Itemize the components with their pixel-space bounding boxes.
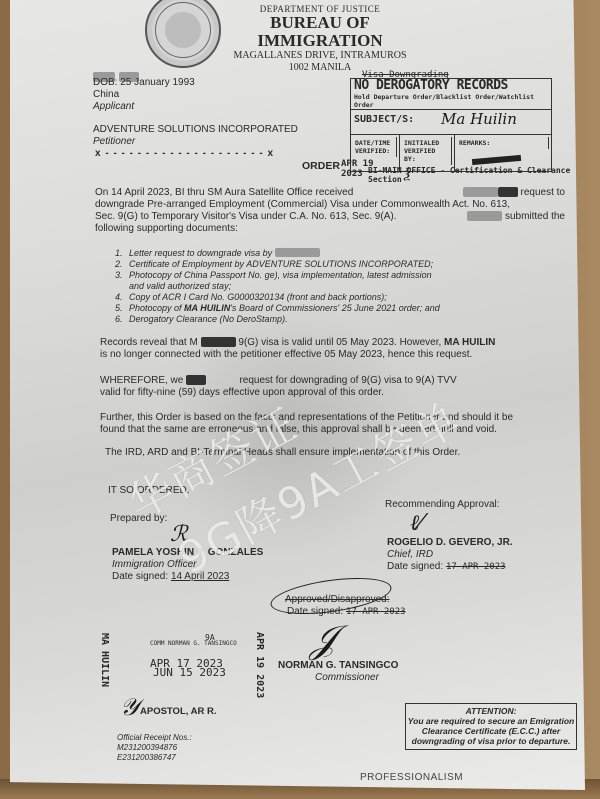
para2-text: 9(G) visa is valid until 05 May 2023. Ho…	[238, 337, 441, 348]
attention-box: ATTENTION: You are required to secure an…	[405, 703, 577, 750]
list-text: Derogatory Clearance (No DeroStamp).	[129, 314, 288, 325]
recommender-date: Date signed: 17 APR 2023	[387, 561, 506, 573]
applicant-label: Applicant	[93, 101, 134, 113]
list-text: Copy of ACR I Card No. G0000320134 (fron…	[129, 292, 387, 303]
list-text: Certificate of Employment by ADVENTURE S…	[129, 259, 433, 270]
para2-text: is no longer connected with the petition…	[100, 349, 560, 361]
vertical-date-stamp: APR 19 2023	[254, 632, 265, 698]
list-number	[115, 281, 129, 292]
applicant-name: MA HUILIN	[184, 303, 230, 313]
list-item: 5.Photocopy of MA HUILIN's Board of Comm…	[115, 303, 545, 314]
receipt-block: Official Receipt Nos.: M231200394876 E23…	[117, 733, 192, 763]
stamp-title: NO DEROGATORY RECORDS	[351, 79, 551, 93]
redaction	[186, 375, 206, 385]
bureau-name: BUREAU OF IMMIGRATION	[215, 14, 425, 50]
para3-text: request for downgrading of 9(G) visa to …	[239, 375, 456, 386]
list-number: 5.	[115, 303, 129, 314]
para3-text: WHEREFORE, we	[100, 375, 183, 386]
recommending-approval-label: Recommending Approval:	[385, 499, 500, 511]
redaction	[275, 248, 320, 257]
date-value: 17 APR 2023	[446, 562, 506, 572]
list-text: 's Board of Commissioners' 25 June 2021 …	[230, 303, 440, 313]
recommender-name: ROGELIO D. GEVERO, JR.	[387, 537, 513, 549]
redaction	[201, 337, 236, 347]
redaction	[463, 187, 498, 197]
stamp-date-label: DATE/TIME VERIFIED:	[353, 137, 397, 157]
date-label: Date signed:	[387, 561, 443, 572]
date-value: 17 APR 2023	[346, 607, 406, 617]
list-text: Photocopy of	[129, 303, 184, 313]
paragraph-request: On 14 April 2023, BI thru SM Aura Satell…	[95, 187, 565, 235]
date-label: Date signed:	[287, 606, 343, 617]
stamp-date-jun: JUN 15 2023	[153, 666, 226, 679]
para4-text: found that the same are erroneous and fa…	[100, 424, 570, 436]
recommender-signature: ℓ⁄	[410, 510, 423, 536]
list-item: 1.Letter request to downgrade visa by	[115, 248, 545, 259]
redaction	[467, 211, 502, 221]
applicant-nationality: China	[93, 89, 119, 101]
stamp-subject-signature: Ma Huilin	[441, 110, 517, 128]
list-number: 2.	[115, 259, 129, 270]
approval-date: Date signed: 17 APR 2023	[287, 606, 406, 618]
list-item: 3.Photocopy of China Passport No. ge), v…	[115, 270, 545, 281]
para1-line3: Sec. 9(G) to Temporary Visitor's Visa un…	[95, 211, 396, 223]
commissioner-name: NORMAN G. TANSINGCO	[278, 660, 398, 672]
list-item: 4.Copy of ACR I Card No. G0000320134 (fr…	[115, 292, 545, 303]
list-number: 4.	[115, 292, 129, 303]
list-text: Photocopy of China Passport No. ge), vis…	[129, 270, 432, 281]
approval-label: Approved/Disapproved:	[285, 594, 390, 606]
commissioner-stamp: COMM NORMAN G. TANSINGCO	[150, 640, 237, 647]
list-text: and valid authorized stay;	[129, 281, 231, 292]
list-item: and valid authorized stay;	[115, 281, 545, 292]
list-item: 6.Derogatory Clearance (No DeroStamp).	[115, 314, 545, 325]
stamp-initialed-label: INITIALED VERIFIED BY:	[402, 137, 452, 165]
petitioner-label: Petitioner	[93, 136, 135, 148]
paragraph-wherefore: WHEREFORE, we request for downgrading of…	[100, 375, 560, 399]
para4-text: Further, this Order is based on the fact…	[100, 412, 570, 424]
list-text: Letter request to downgrade visa by	[129, 248, 272, 259]
stamp-office: BI-MAIN OFFICE - Certification & Clearan…	[368, 166, 600, 184]
attention-title: ATTENTION:	[406, 706, 576, 716]
recommender-title: Chief, IRD	[387, 549, 433, 561]
letterhead: DEPARTMENT OF JUSTICE BUREAU OF IMMIGRAT…	[215, 0, 425, 74]
receipt-number: M231200394876	[117, 743, 192, 753]
applicant-name: MA HUILIN	[444, 337, 495, 348]
footer-motto: PROFESSIONALISM	[360, 772, 463, 783]
supporting-documents-list: 1.Letter request to downgrade visa by 2.…	[115, 248, 545, 325]
list-number: 3.	[115, 270, 129, 281]
para1-line2: downgrade Pre-arranged Employment (Comme…	[95, 199, 565, 211]
para1-line1-end: request to	[521, 187, 565, 198]
applicant-dob: DOB: 25 January 1993	[93, 77, 195, 89]
attention-line: downgrading of visa prior to departure.	[406, 736, 576, 746]
redaction	[498, 187, 518, 197]
paragraph-records: Records reveal that M 9(G) visa is valid…	[100, 337, 560, 361]
stamp-subtitle: Hold Departure Order/Blacklist Order/Wat…	[351, 93, 551, 110]
receipt-name: APOSTOL, AR R.	[140, 706, 217, 718]
para1-line1: On 14 April 2023, BI thru SM Aura Satell…	[95, 187, 353, 199]
para3-text: valid for fifty-nine (59) days effective…	[100, 387, 560, 399]
no-derogatory-records-stamp: NO DEROGATORY RECORDS Hold Departure Ord…	[350, 78, 552, 172]
paragraph-further: Further, this Order is based on the fact…	[100, 412, 570, 436]
stamp-remarks-dash	[472, 155, 521, 165]
commissioner-title: Commissioner	[315, 672, 379, 684]
commissioner-signature: 𝒥	[310, 620, 336, 658]
receipt-signature: 𝒴	[120, 693, 139, 721]
receipt-number: E231200386747	[117, 753, 192, 763]
caption-separator: x - - - - - - - - - - - - - - - - - - - …	[95, 148, 274, 160]
list-number: 1.	[115, 248, 129, 259]
receipt-label: Official Receipt Nos.:	[117, 733, 192, 743]
address-line1: MAGALLANES DRIVE, INTRAMUROS	[215, 50, 425, 62]
para1-line3-end: submitted the	[505, 211, 565, 222]
attention-line: Clearance Certificate (E.C.C.) after	[406, 726, 576, 736]
stamp-remarks-label: REMARKS:	[457, 137, 549, 149]
para1-line4: following supporting documents:	[95, 223, 565, 235]
stamp-subject-label: SUBJECT/S:	[354, 114, 414, 125]
vertical-name-stamp: MA HUILIN	[99, 633, 110, 687]
date-label: Date signed:	[112, 571, 168, 582]
stamp-subject-row: SUBJECT/S: Ma Huilin	[351, 110, 551, 135]
stamp-9a: 9A	[205, 633, 215, 642]
para2-text: Records reveal that M	[100, 337, 198, 348]
petitioner-name: ADVENTURE SOLUTIONS INCORPORATED	[93, 124, 298, 136]
attention-line: You are required to secure an Emigration	[406, 716, 576, 726]
list-number: 6.	[115, 314, 129, 325]
order-title: ORDER	[302, 160, 340, 172]
list-item: 2.Certificate of Employment by ADVENTURE…	[115, 259, 545, 270]
